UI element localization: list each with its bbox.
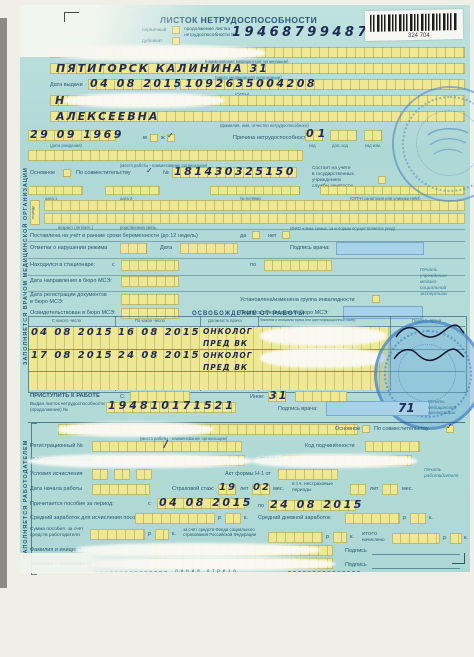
emp-ni-months-label: мес. (402, 486, 413, 493)
leaflet-number-value: 194687994873 (232, 25, 383, 40)
table-r1-pos2: ПРЕД ВК (203, 339, 248, 348)
hospital-from-label: с (112, 262, 115, 269)
emp-work-start-label: Дата начала работы (30, 486, 82, 493)
emp-benefit-employer-kop-cells (155, 529, 169, 540)
emp-benefit-fss-kop-cells (333, 532, 347, 543)
emp-period-to-label: по (258, 503, 264, 510)
pregnancy-label: Поставлена на учёт в ранние сроки береме… (30, 233, 198, 240)
doctor-sign2-value: 71 (398, 401, 415, 415)
hospital-from-cells (121, 260, 179, 271)
emp-ni-years-cells (350, 484, 366, 495)
no-label: нет (268, 233, 276, 240)
address-value: ПЯТИГОРСК КАЛИНИНА 31 (56, 62, 269, 75)
cause-codechg-cells (364, 130, 382, 141)
issue-date-label: Дата выдачи (50, 82, 83, 89)
parttime-no-sign: № (163, 170, 169, 177)
emp-main-checkbox (362, 425, 370, 433)
emp-months-value: 02 (253, 482, 271, 493)
corner-mark-bottomright (452, 553, 465, 564)
table-r2-to: 24 08 2015 (118, 350, 201, 361)
scan-wash-bottomleft (20, 553, 185, 573)
smudge-doctor-fio-2 (260, 348, 386, 368)
kop-2: к. (429, 515, 433, 522)
employer-stamp-note: Печать работодателя (424, 468, 458, 480)
divider (28, 275, 465, 276)
mse-reg-label: Дата регистрации документов в бюро МСЭ: (30, 292, 107, 306)
emp-calc-cond-cells-2 (114, 469, 130, 480)
yes-checkbox (252, 231, 260, 239)
main-work-label: Основное (30, 170, 55, 177)
cause-addcode-cells (330, 130, 357, 141)
table-r1-from: 04 08 2015 (31, 327, 114, 338)
other-code-value: 31 (269, 389, 288, 402)
resume-work-label: ПРИСТУПИТЬ К РАБОТЕ (30, 393, 100, 400)
no-checkbox (282, 231, 290, 239)
emp-avg-earn-label: Средний заработок для исчисления пособия (30, 515, 145, 522)
violation-doctor-sign-field (336, 242, 424, 255)
table-r2-pos2: ПРЕД ВК (203, 363, 248, 372)
care-row2-cells (44, 213, 465, 224)
kop-1: к. (244, 515, 248, 522)
emp-calc-cond-cells-1 (92, 469, 108, 480)
violation-date-label: Дата (160, 245, 172, 252)
smudge-emp-workplace (58, 422, 213, 437)
table-col-from: С какого числа (52, 318, 81, 323)
patronymic-value: АЛЕКСЕЕВНА (56, 110, 159, 123)
female-checkmark-icon: ✓ (167, 131, 174, 140)
emp-years-value: 19 (219, 482, 237, 493)
cap-codechg: код изм. (365, 143, 381, 148)
emp-calc-cond-cells-3 (136, 469, 152, 480)
disability-checkbox (372, 295, 380, 303)
birth-date-value: 29 09 1969 (30, 128, 124, 141)
rub-1: р (218, 515, 221, 522)
emp-avg-daily-label: Средний дневной заработок (258, 515, 331, 522)
ogrn-value: 1092635004208 (185, 77, 317, 90)
emp-subord-label: Код подчинённости (305, 443, 355, 450)
acct-sign-line (372, 568, 460, 569)
hospital-label: Находился в стационаре: (30, 262, 95, 269)
violation-doctor-sign-label: Подпись врача: (290, 245, 330, 252)
barcode-icon (370, 13, 457, 32)
rub-3: р (148, 531, 151, 538)
smudge-surname (64, 93, 224, 108)
emp-benefit-fss-label: за счёт средств Фонда социального страхо… (183, 527, 256, 538)
female-label: ж (161, 135, 165, 142)
emp-subord-cells (365, 441, 420, 452)
mse-stamp-note: Печать учреждения медико- социальной экс… (420, 268, 447, 298)
scanned-sick-leave-page: ЗАПОЛНЯЕТСЯ ВРАЧОМ МЕДИЦИНСКОЙ ОРГАНИЗАЦ… (0, 0, 474, 657)
emp-avg-daily-cells (345, 513, 400, 524)
mse-sent-cells (121, 276, 179, 287)
emp-ins-record-label: Страховой стаж: (172, 486, 214, 493)
issued-no-value: 194810171521 (108, 399, 236, 412)
fio-caption: (фамилия, имя, отчество нетрудоспособног… (220, 123, 309, 128)
emp-months-label: мес. (273, 486, 284, 493)
hospital-to-label: по (250, 262, 256, 269)
emp-avg-daily-kop-cells (410, 513, 426, 524)
table-r2-from: 17 08 2015 (31, 350, 114, 361)
male-label: м (143, 135, 147, 142)
mse-reg-cells (121, 294, 179, 305)
side-label-employer-section: ЗАПОЛНЯЕТСЯ РАБОТОДАТЕЛЕМ (23, 425, 29, 573)
cap-code: код (309, 143, 316, 148)
emp-total-label: ИТОГО начислено (362, 531, 385, 542)
smudge-emp-inn (28, 454, 253, 468)
surname-partial-value: Н (55, 94, 64, 107)
emp-total-kop-cells (450, 533, 462, 544)
rub-2: р (403, 515, 406, 522)
kop-4: к. (350, 534, 354, 541)
issue-date-value: 04 08 2015 (90, 77, 184, 90)
emp-ni-years-label: лет (370, 486, 379, 493)
voucher-cells (210, 186, 300, 195)
divider (28, 229, 465, 230)
head-sign-line (372, 554, 460, 555)
cut-line-right (288, 571, 360, 572)
violation-label: Отметки о нарушении режима (30, 245, 107, 252)
emp-parttime-label: По совместительству (374, 426, 429, 433)
emp-work-start-cells (92, 484, 150, 495)
emp-parttime-checkmark-icon: ✓ (446, 422, 453, 431)
corner-mark-topleft (64, 12, 79, 22)
table-col-fio: Фамилия и инициалы врача или идентификац… (260, 318, 356, 322)
emp-act-h1-label: Акт формы Н-1 от (225, 471, 271, 478)
emp-benefit-employer-cells (90, 529, 145, 540)
table-r1-pos1: ОНКОЛОГ (203, 327, 253, 336)
emp-avg-earn-kop-cells (225, 513, 241, 524)
mse-sent-label: Дата направления в бюро МСЭ: (30, 278, 112, 285)
cause-label: Причина нетрудоспособности (233, 135, 309, 142)
emp-period-to-value: 24 08 2015 (270, 498, 364, 511)
table-col-to: По какое число (135, 318, 165, 323)
scan-wash-topleft (20, 5, 230, 57)
scan-left-edge (0, 18, 7, 588)
male-checkbox (150, 134, 158, 142)
emp-acct-sign-label: Подпись (345, 562, 367, 569)
emp-reg-no-label: Регистрационный № (30, 443, 83, 450)
emp-benefit-period-label: Причитается пособие за период: (30, 501, 114, 508)
table-r2-pos1: ОНКОЛОГ (203, 351, 253, 360)
emp-ni-months-cells (382, 484, 398, 495)
emp-reg-mark: / (164, 439, 168, 450)
emp-act-h1-cells (278, 469, 338, 480)
emp-benefit-employer-label: Сумма пособия: за счёт средств работодат… (30, 527, 83, 539)
cap-addcode: доп. код (332, 143, 348, 148)
divider (28, 258, 465, 259)
sick-leave-form: ЗАПОЛНЯЕТСЯ ВРАЧОМ МЕДИЦИНСКОЙ ОРГАНИЗАЦ… (20, 5, 470, 572)
violation-code-cells (120, 243, 147, 254)
medorg-stamp-emblem (424, 123, 472, 161)
emp-benefit-fss-cells (268, 532, 323, 543)
emp-main-label: Основное (335, 426, 360, 433)
rub-5: р (443, 535, 446, 542)
doctor-sign2-label: Подпись врача: (278, 406, 318, 413)
other-label: Иное: (250, 394, 265, 401)
date1-cells (28, 186, 83, 195)
care-label: по уходу (31, 201, 35, 224)
smudge-emp-snils (252, 454, 417, 468)
kop-5: к. (464, 535, 468, 542)
medorg-stamp-note: Печать медицинской организации (428, 399, 456, 416)
disability-label: Установлена/изменена группа инвалидности (240, 297, 355, 304)
table-r1-to: 16 08 2015 (118, 327, 201, 338)
main-work-checkbox (63, 169, 71, 177)
emp-noninsurance-label: в т.ч. нестраховые периоды (292, 482, 333, 494)
emp-total-cells (392, 533, 440, 544)
emp-period-from-value: 04 08 2015 (159, 496, 253, 509)
smudge-doctor-fio-1 (260, 326, 386, 346)
rub-4: р (326, 534, 329, 541)
violation-date-cells (180, 243, 238, 254)
table-col-pos: Должность врача (208, 318, 242, 323)
employment-service-checkbox (378, 176, 386, 184)
emp-avg-earn-cells (135, 513, 215, 524)
yes-label: да (240, 233, 246, 240)
cause-code-value: 01 (306, 127, 329, 140)
doctor-signature-strokes (392, 323, 468, 371)
parttime-checkmark-icon: ✓ (146, 166, 153, 175)
birth-caption: (дата рождения) (50, 143, 82, 148)
emp-years-label: лет (240, 486, 249, 493)
issued-label: Выдан листок нетрудоспособности (продолж… (30, 401, 105, 412)
parttime-no-value: 181430325150 (174, 165, 296, 178)
kop-3: к. (172, 531, 176, 538)
hospital-to-cells (264, 260, 332, 271)
parttime-label: По совместительству (76, 170, 131, 177)
barcode-code: 324 704 (408, 33, 430, 41)
workplace-cells (28, 150, 303, 161)
emp-calc-cond-label: Условия исчисления (30, 471, 83, 478)
date2-cells (105, 186, 160, 195)
care-row1-cells (44, 200, 465, 211)
emp-period-from-label: с (148, 501, 151, 508)
emp-head-sign-label: Подпись (345, 548, 367, 555)
